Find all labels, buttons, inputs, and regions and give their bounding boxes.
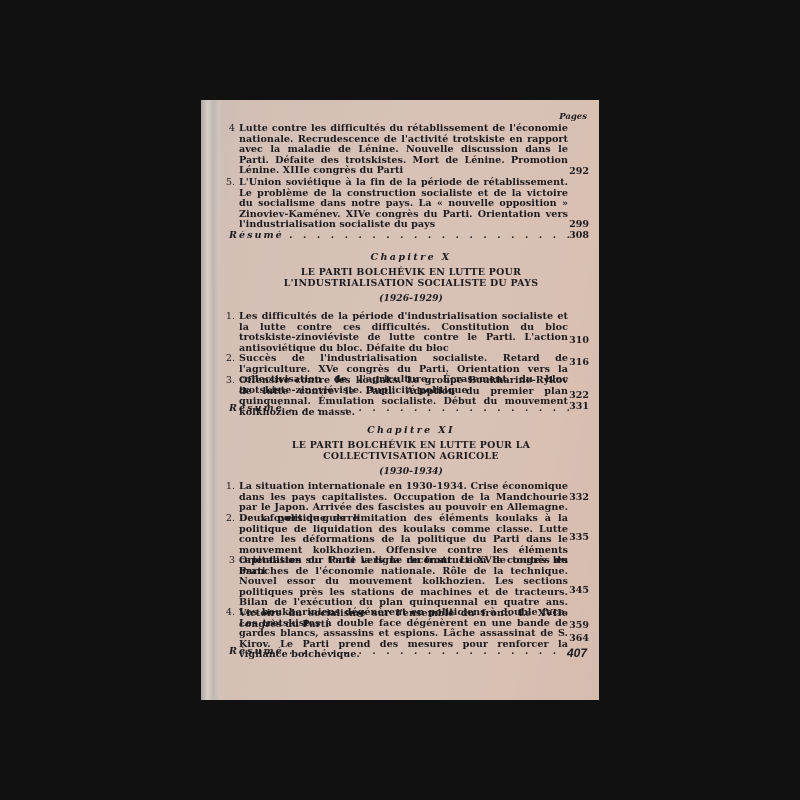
resume-label: Résumé [229,647,284,657]
entry-page-number: 322 [569,391,589,402]
entry-number: 4. [223,608,235,619]
chapter-heading: Chapitre X LE PARTI BOLCHÉVIK EN LUTTE P… [223,253,599,304]
entry-number: 3. [223,376,235,387]
dot-leader: . . . . . . . . . . . . . . . . . . . . … [289,404,569,414]
entry-text: L'Union soviétique à la fin de la périod… [239,178,568,231]
resume-line: Résumé . . . . . . . . . . . . . . . . .… [229,404,569,415]
entry-number: 5. [223,178,235,189]
page-binding-edge [201,100,223,700]
chapter-years: (1930-1934) [223,467,599,478]
entry-page-number: 364 [569,634,589,645]
entry-text: Lutte contre les difficultés du rétablis… [239,124,568,177]
toc-entry: 1. Les difficultés de la période d'indus… [223,312,568,354]
entry-page-number: 299 [569,220,589,231]
chapter-label: Chapitre XI [223,426,599,437]
resume-line: Résumé . . . . . . . . . . . . . . . . .… [229,231,569,242]
entry-page-number: 316 [569,358,589,369]
entry-number: 4 [223,124,235,135]
table-of-contents: Pages 4 Lutte contre les difficultés du … [223,100,599,700]
entry-number: 3 [223,556,235,567]
chapter-heading: Chapitre XI LE PARTI BOLCHÉVIK EN LUTTE … [223,426,599,477]
dot-leader: . . . . . . . . . . . . . . . . . . . . … [289,647,569,657]
entry-number: 1. [223,312,235,323]
resume-label: Résumé [229,231,284,241]
entry-page-number: 310 [569,336,589,347]
pages-column-label: Pages [559,112,587,123]
dot-leader: . . . . . . . . . . . . . . . . . . . . … [289,231,569,241]
resume-page-number: 308 [569,231,589,242]
entry-page-number: 335 [569,533,589,544]
toc-entry: 5. L'Union soviétique à la fin de la pér… [223,178,568,231]
chapter-label: Chapitre X [223,253,599,264]
entry-page-number: 345 [569,586,589,597]
toc-entry: 4 Lutte contre les difficultés du rétabl… [223,124,568,177]
entry-number: 2. [223,354,235,365]
chapter-title: LE PARTI BOLCHÉVIK EN LUTTE POUR L'INDUS… [246,267,576,289]
entry-page-number: 292 [569,167,589,178]
book-page: Pages 4 Lutte contre les difficultés du … [201,100,599,700]
page-folio-number: 407 [567,648,587,659]
entry-text: Les difficultés de la période d'industri… [239,312,568,354]
entry-page-number: 332 [569,493,589,504]
chapter-title: LE PARTI BOLCHÉVIK EN LUTTE POUR LA COLL… [246,440,576,462]
entry-number: 1. [223,482,235,493]
chapter-years: (1926-1929) [223,294,599,305]
entry-number: 2. [223,514,235,525]
resume-label: Résumé [229,404,284,414]
resume-line: Résumé . . . . . . . . . . . . . . . . .… [229,647,569,658]
resume-page-number: 331 [569,402,589,413]
entry-page-number: 359 [569,621,589,632]
